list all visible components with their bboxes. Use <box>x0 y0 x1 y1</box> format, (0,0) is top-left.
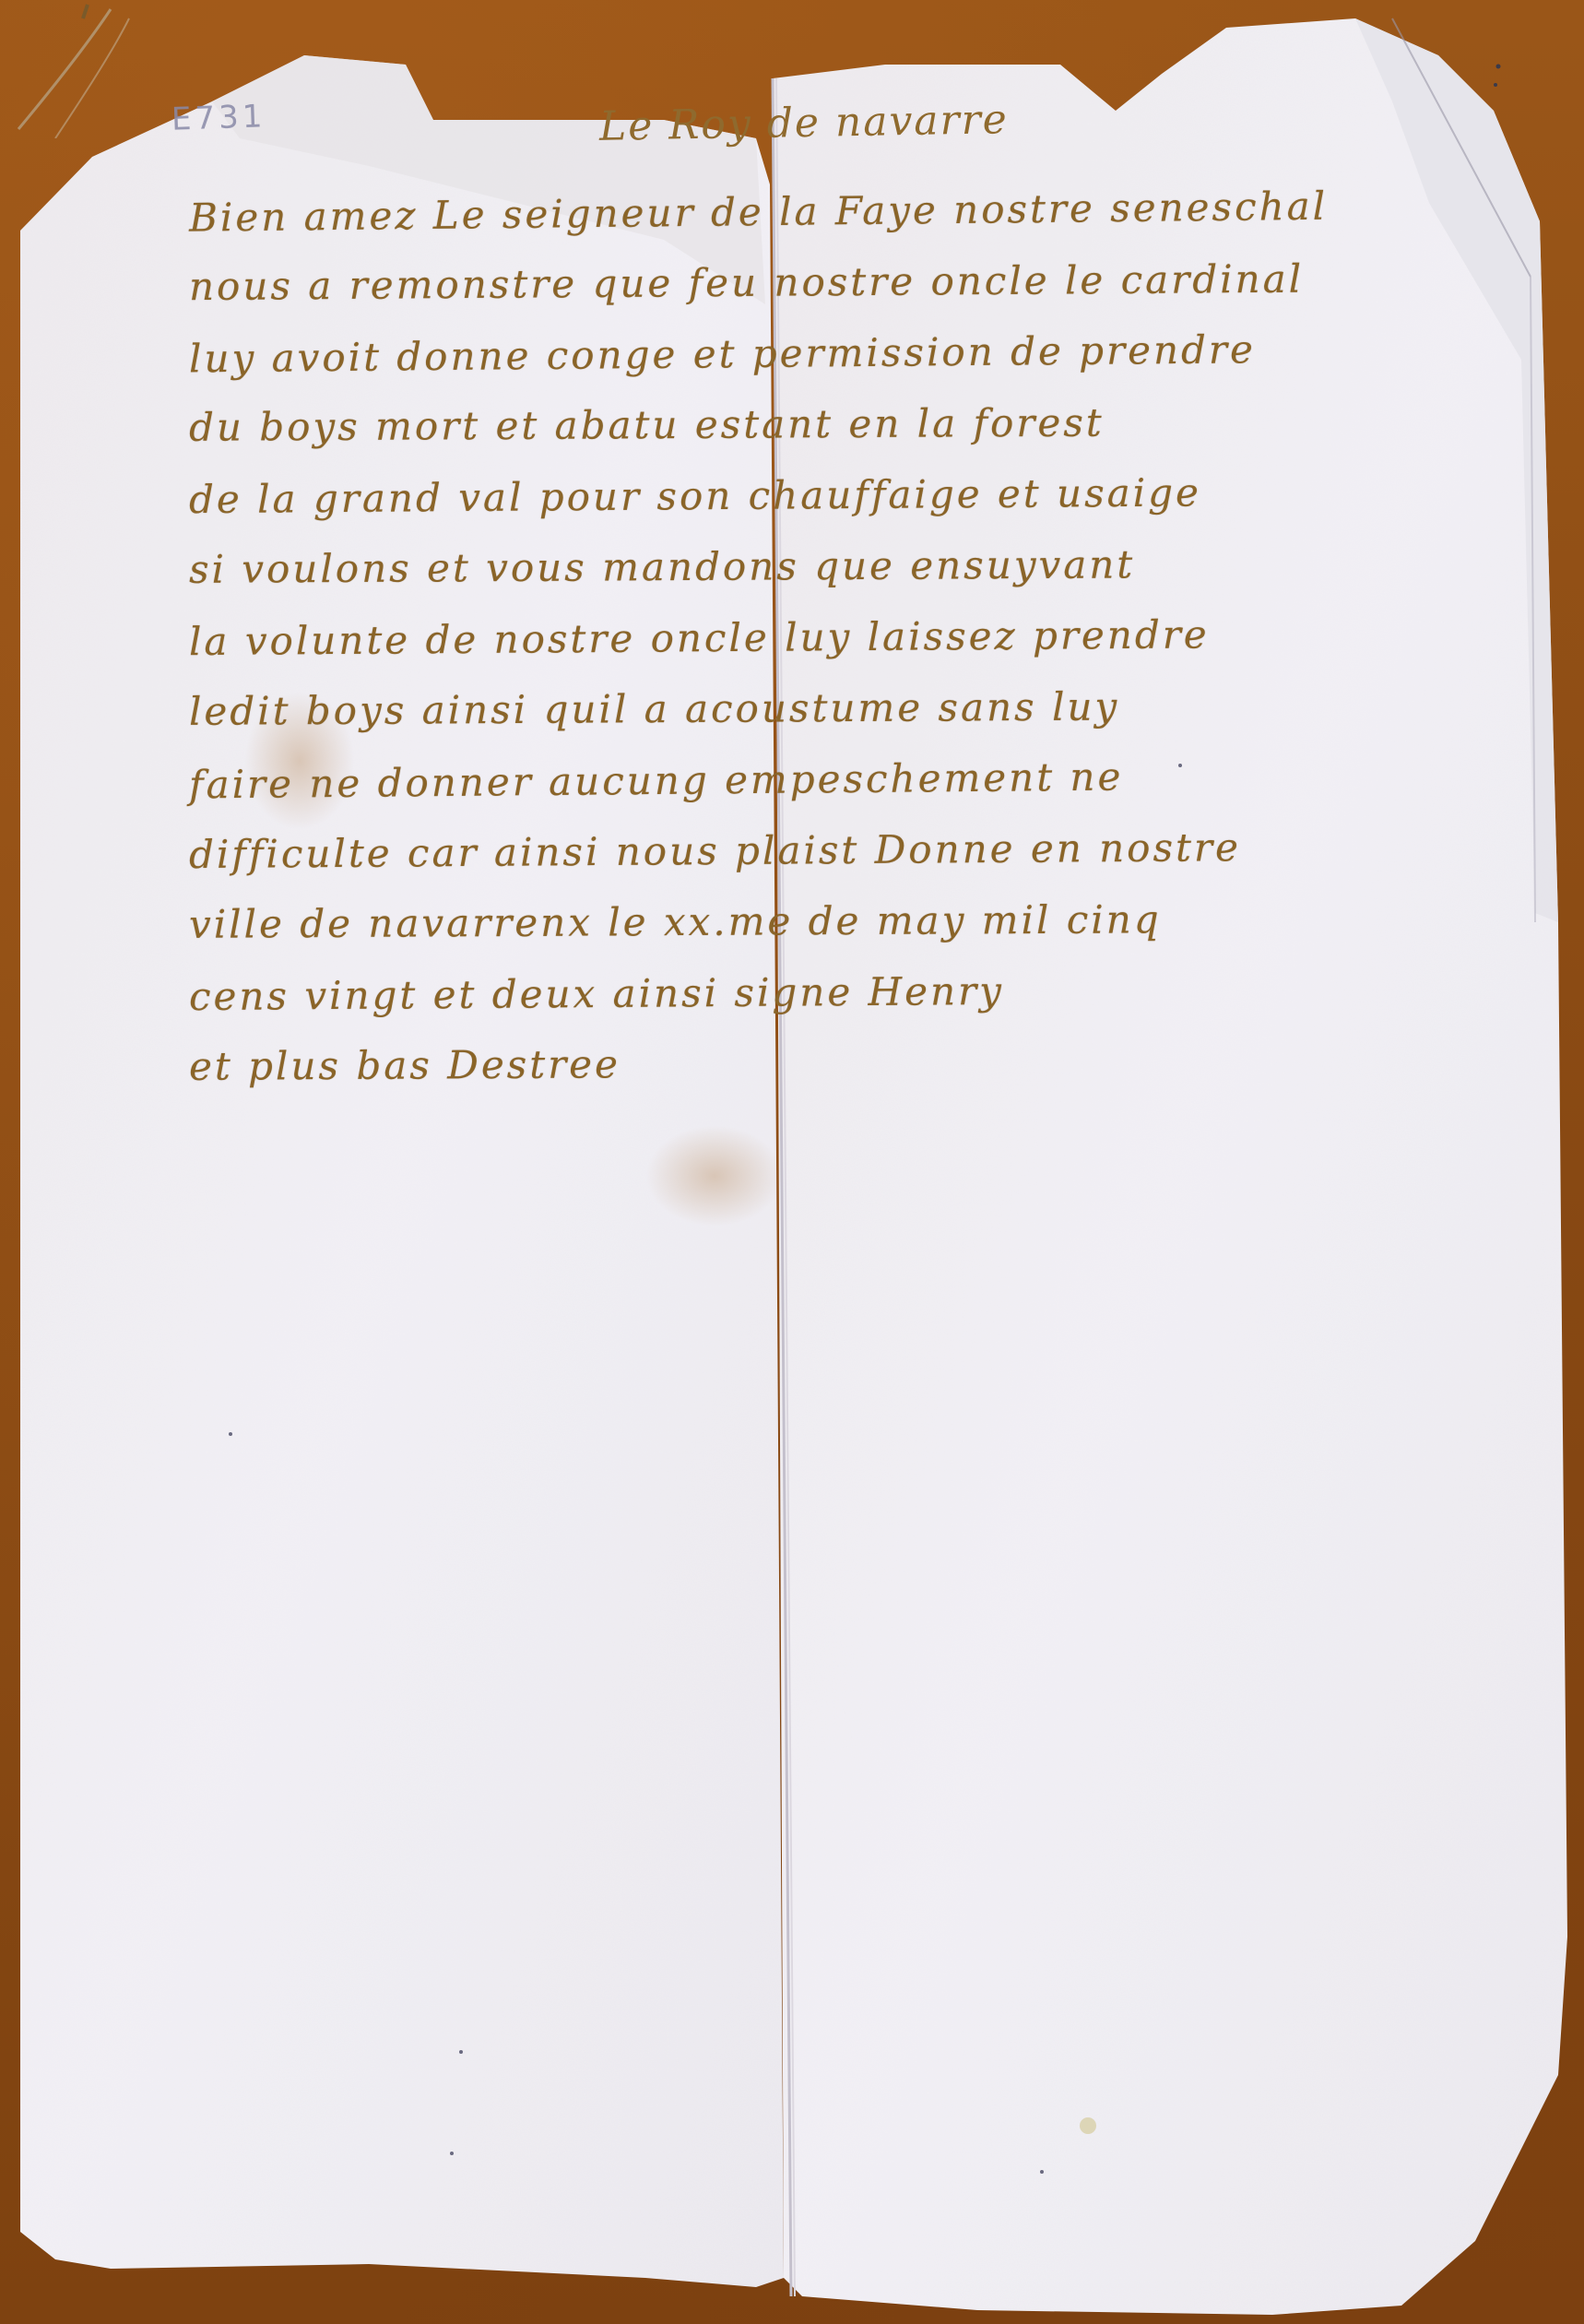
text-line: si voulons et vous mandons que ensuyvant <box>189 527 1535 605</box>
letter-body: Bien amez Le seigneur de la Faye nostre … <box>189 175 1535 1098</box>
text-line: de la grand val pour son chauffaige et u… <box>189 455 1536 535</box>
text-line: et plus bas Destree <box>189 1024 1535 1102</box>
water-stain <box>645 1125 784 1227</box>
signature-flourish-icon <box>0 0 148 138</box>
archive-reference-mark: E731 <box>171 98 266 138</box>
text-line: ledit boys ainsi quil a acoustume sans l… <box>189 669 1535 747</box>
letter-heading: Le Roy de navarre <box>599 96 1009 150</box>
text-line: la volunte de nostre oncle luy laissez p… <box>189 597 1536 677</box>
text-line: du boys mort et abatu estant en la fores… <box>189 385 1535 463</box>
text-line: faire ne donner aucung empeschement ne <box>189 738 1536 821</box>
text-line: ville de navarrenx le xx.me de may mil c… <box>189 882 1535 960</box>
text-line: luy avoit donne conge et permission de p… <box>189 312 1536 395</box>
text-line: cens vingt et deux ainsi signe Henry <box>189 952 1536 1032</box>
text-line: Bien amez Le seigneur de la Faye nostre … <box>189 168 1536 253</box>
text-line: difficulte car ainsi nous plaist Donne e… <box>189 810 1536 890</box>
manuscript-page: E731 Le Roy de navarre Bien amez Le seig… <box>0 0 1584 2324</box>
text-line: nous a remonstre que feu nostre oncle le… <box>189 242 1536 322</box>
